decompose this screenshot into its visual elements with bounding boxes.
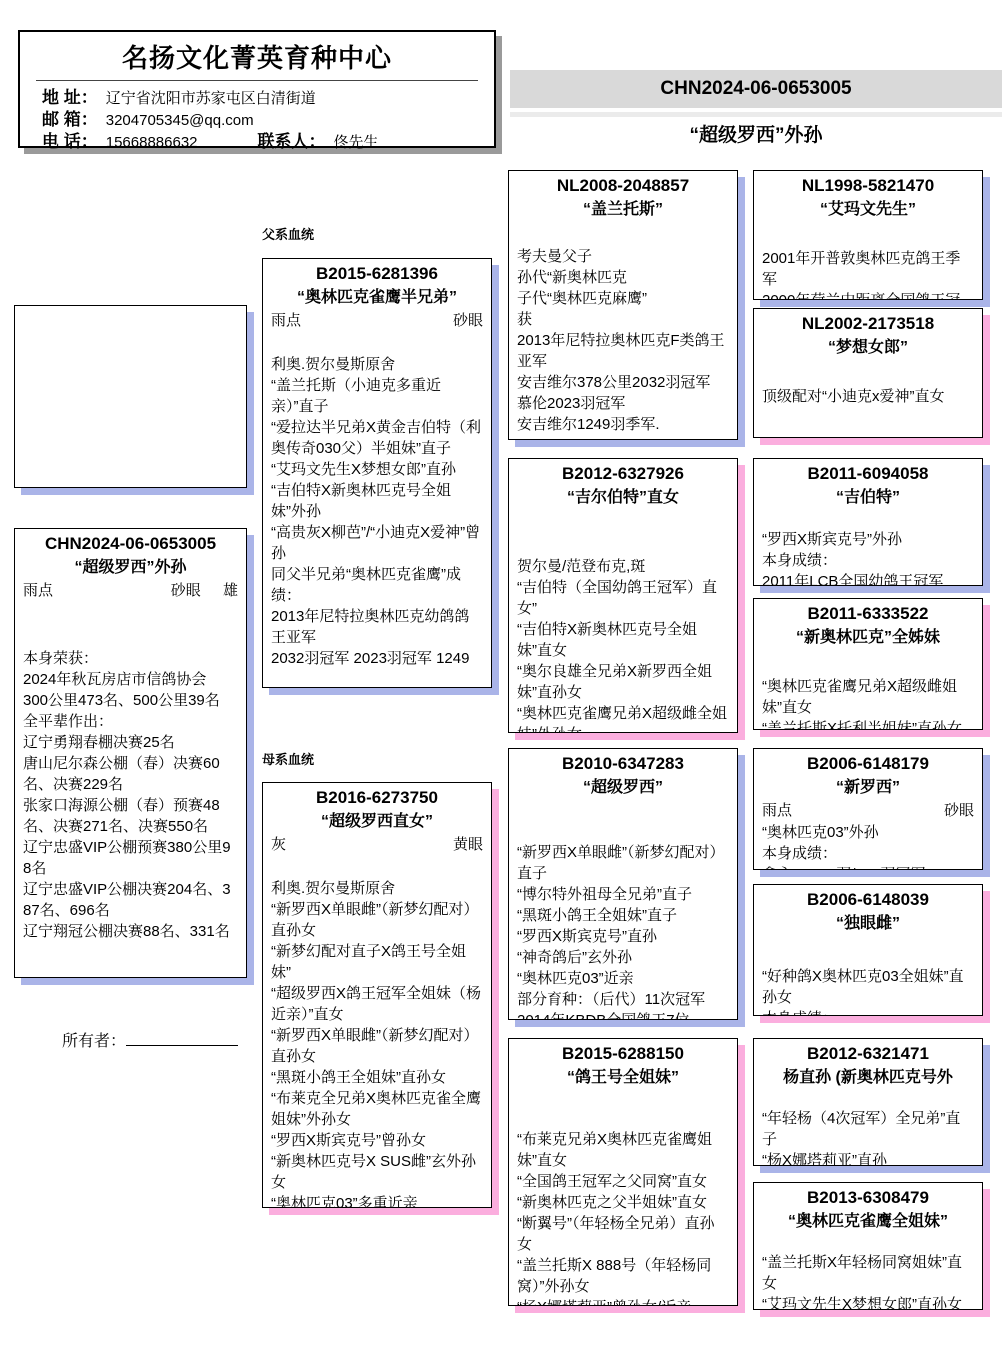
pedigree-line: “奥林匹克雀鹰兄弟X超级雌姐妹”直女 xyxy=(762,676,974,718)
pedigree-line: “布莱克全兄弟X奥林匹克雀全鹰姐妹”外孙女 xyxy=(271,1088,483,1130)
pedigree-line: “艾玛文先生X梦想女郎”直孙女 xyxy=(762,1294,974,1310)
pedigree-line: “断翼号”（年轻杨全兄弟）直孙女 xyxy=(517,1213,729,1255)
header-divider xyxy=(36,80,478,81)
bird-name: “吉尔伯特”直女 xyxy=(517,486,729,510)
email-row: 邮 箱： 3204705345@qq.com xyxy=(34,109,480,131)
bird-name: “奥林匹克雀鹰全姐妹” xyxy=(762,1210,974,1234)
bird-name: “梦想女郎” xyxy=(762,336,974,360)
address-row: 地 址： 辽宁省沈阳市苏家屯区白清街道 xyxy=(34,87,480,109)
pedigree-line: “新罗西X单眼雌”（新梦幻配对）直子 xyxy=(517,842,729,884)
ring-number: CHN2024-06-0653005 xyxy=(23,532,238,556)
pedigree-lines: “年轻杨（4次冠军）全兄弟”直子“杨X娜塔莉亚”直孙 xyxy=(762,1108,974,1166)
pedigree-line: 孙代“新奥林匹克 xyxy=(517,267,729,288)
ring-number: NL1998-5821470 xyxy=(762,174,974,198)
ring-number: NL2002-2173518 xyxy=(762,312,974,336)
pedigree-line: “新奥林匹克号X SUS雌”玄外孙女 xyxy=(271,1151,483,1193)
pedigree-line: 子代“奥林匹克麻鹰” xyxy=(517,288,729,309)
pedigree-line: 考夫曼父子 xyxy=(517,246,729,267)
pedigree-line: “盖兰托斯X托利半姐妹”直孙女 xyxy=(762,718,974,730)
pedigree-line: 同父半兄弟“奥林匹克雀鹰”成绩： xyxy=(271,564,483,606)
pedigree-line: 利奥.贺尔曼斯原舍 xyxy=(271,354,483,375)
paternal-line-label: 父系血统 xyxy=(262,224,314,243)
pedigree-line: “新梦幻配对直子X鸽王号全姐妹” xyxy=(271,941,483,983)
feather-color: 雨点 xyxy=(271,310,301,332)
bird-name: “独眼雌” xyxy=(762,912,974,936)
pedigree-line: 利奥.贺尔曼斯原舍 xyxy=(271,878,483,899)
pedigree-lines: “奥林匹克03”外孙本身成绩：拿永： 838羽/779羽冠军 509 xyxy=(762,822,974,870)
ring-number: B2013-6308479 xyxy=(762,1186,974,1210)
pedigree-line: “罗西X斯宾克号”直孙 xyxy=(517,926,729,947)
pedigree-line: 2014年KBDB全国鸽王7位 xyxy=(517,1010,729,1020)
contact-label: 联系人： xyxy=(258,131,326,152)
eye-color: 砂眼 xyxy=(453,310,483,332)
ring-number: B2006-6148039 xyxy=(762,888,974,912)
pedigree-line: “神奇鸽后”玄外孙 xyxy=(517,947,729,968)
eye-color: 砂眼 xyxy=(171,582,201,599)
pedigree-line: “全国鸽王冠军之父同窝”直女 xyxy=(517,1171,729,1192)
eye-color: 砂眼 xyxy=(944,800,974,822)
pedigree-lines: “布莱克兄弟X奥林匹克雀鹰姐妹”直女“全国鸽王冠军之父同窝”直女“新奥林匹克之父… xyxy=(517,1129,729,1306)
ring-number: B2016-6273750 xyxy=(271,786,483,810)
great-granddam-4-box: B2013-6308479 “奥林匹克雀鹰全姐妹” “盖兰托斯X年轻杨同窝姐妹”… xyxy=(753,1182,983,1310)
pedigree-line: “布莱克兄弟X奥林匹克雀鹰姐妹”直女 xyxy=(517,1129,729,1171)
pedigree-line: “高贵灰X柳芭”/“小迪克X爱神”曾孙 xyxy=(271,522,483,564)
pedigree-line: 辽宁忠盛VIP公棚决赛204名、387名、696名 xyxy=(23,879,238,921)
pedigree-lines: 2001年开普敦奥林匹克鸽王季军2000年荷兰中距离全国鸽王冠 xyxy=(762,248,974,300)
phone-row: 电 话： 15668886632 联系人： 佟先生 xyxy=(34,131,480,153)
color-eye-row: 灰 黄眼 xyxy=(271,834,483,856)
ring-number: B2012-6327926 xyxy=(517,462,729,486)
ring-number: B2012-6321471 xyxy=(762,1042,974,1066)
pedigree-line: 慕伦2023羽冠军 xyxy=(517,393,729,414)
feather-color: 雨点 xyxy=(762,800,792,822)
pedigree-line: “年轻杨（4次冠军）全兄弟”直子 xyxy=(762,1108,974,1150)
bird-name: “吉伯特” xyxy=(762,486,974,510)
pedigree-line: “奥林匹克03”多重近亲 xyxy=(271,1193,483,1208)
ring-number: B2006-6148179 xyxy=(762,752,974,776)
grandmother-maternal-box: B2015-6288150 “鸽王号全姐妹” “布莱克兄弟X奥林匹克雀鹰姐妹”直… xyxy=(508,1038,738,1306)
ring-number: B2015-6288150 xyxy=(517,1042,729,1066)
sex: 雄 xyxy=(223,582,238,599)
pedigree-line: “博尔特外祖母全兄弟”直子 xyxy=(517,884,729,905)
pedigree-line: “黑斑小鸽王全姐妹”直子 xyxy=(517,905,729,926)
pedigree-line: 获 xyxy=(517,309,729,330)
grandmother-paternal-box: B2012-6327926 “吉尔伯特”直女 贺尔曼/范登布克,斑“吉伯特（全国… xyxy=(508,458,738,733)
pedigree-lines: “盖兰托斯X年轻杨同窝姐妹”直女“艾玛文先生X梦想女郎”直孙女 xyxy=(762,1252,974,1310)
photo-placeholder xyxy=(14,305,247,488)
ring-number-bar: CHN2024-06-0653005 xyxy=(510,70,1002,108)
pedigree-lines: 利奥.贺尔曼斯原舍“盖兰托斯（小迪克多重近亲）”直子“爱拉达半兄弟X黄金吉伯特（… xyxy=(271,354,483,669)
pedigree-line: 本身成绩： xyxy=(762,550,974,571)
pedigree-line: 安吉维尔1249羽季军. xyxy=(517,414,729,435)
pedigree-line: “奥林匹克03”近亲 xyxy=(517,968,729,989)
pedigree-line: 2011年LCB全国幼鸽王冠军 xyxy=(762,571,974,586)
subject-bird-box: CHN2024-06-0653005 “超级罗西”外孙 雨点 砂眼 雄 本身荣获… xyxy=(14,528,247,978)
phone-value: 15668886632 xyxy=(106,132,198,153)
email-value: 3204705345@qq.com xyxy=(106,110,254,131)
loft-title: 名扬文化菁英育种中心 xyxy=(34,38,480,75)
pedigree-line: “超级罗西X鸽王冠军全姐妹（杨近亲）”直女 xyxy=(271,983,483,1025)
contact-value: 佟先生 xyxy=(334,132,379,153)
loft-header-card: 名扬文化菁英育种中心 地 址： 辽宁省沈阳市苏家屯区白清街道 邮 箱： 3204… xyxy=(18,30,496,148)
mother-box: B2016-6273750 “超级罗西直女” 灰 黄眼 利奥.贺尔曼斯原舍“新罗… xyxy=(262,782,492,1208)
pedigree-lines: “奥林匹克雀鹰兄弟X超级雌姐妹”直女“盖兰托斯X托利半姐妹”直孙女 xyxy=(762,676,974,730)
pedigree-lines: 贺尔曼/范登布克,斑“吉伯特（全国幼鸽王冠军）直女”“吉伯特X新奥林匹克号全姐妹… xyxy=(517,556,729,733)
great-grandsire-1-box: NL1998-5821470 “艾玛文先生” 2001年开普敦奥林匹克鸽王季军2… xyxy=(753,170,983,300)
bird-name: “鸽王号全姐妹” xyxy=(517,1066,729,1090)
eye-sex-group: 砂眼 雄 xyxy=(153,580,238,602)
bird-name: “新罗西” xyxy=(762,776,974,800)
pedigree-line: “罗西X斯宾克号”曾孙女 xyxy=(271,1130,483,1151)
pedigree-lines: “罗西X斯宾克号”外孙本身成绩：2011年LCB全国幼鸽王冠军 xyxy=(762,529,974,586)
bird-name: “新奥林匹克”全姊妹 xyxy=(762,626,974,650)
pedigree-line: “罗西X斯宾克号”外孙 xyxy=(762,529,974,550)
ring-number: B2011-6333522 xyxy=(762,602,974,626)
pedigree-line: “新罗西X单眼雌”（新梦幻配对）直孙女 xyxy=(271,1025,483,1067)
email-label: 邮 箱： xyxy=(42,109,98,130)
pedigree-line: “盖兰托斯（小迪克多重近亲）”直子 xyxy=(271,375,483,417)
maternal-line-label: 母系血统 xyxy=(262,749,314,768)
grandfather-paternal-box: NL2008-2048857 “盖兰托斯” 考夫曼父子孙代“新奥林匹克子代“奥林… xyxy=(508,170,738,440)
pedigree-line: “吉伯特X新奥林匹克号全姐妹”外孙 xyxy=(271,480,483,522)
owner-blank-line xyxy=(126,1032,238,1046)
pedigree-line: “新罗西X单眼雌”（新梦幻配对）直孙女 xyxy=(271,899,483,941)
great-granddam-2-box: B2011-6333522 “新奥林匹克”全姊妹 “奥林匹克雀鹰兄弟X超级雌姐妹… xyxy=(753,598,983,730)
bird-name: “奥林匹克雀鹰半兄弟” xyxy=(271,286,483,310)
ring-number: B2010-6347283 xyxy=(517,752,729,776)
pedigree-lines: “新罗西X单眼雌”（新梦幻配对）直子“博尔特外祖母全兄弟”直子“黑斑小鸽王全姐妹… xyxy=(517,842,729,1020)
owner-row: 所有者： xyxy=(62,1028,238,1051)
grandfather-maternal-box: B2010-6347283 “超级罗西” “新罗西X单眼雌”（新梦幻配对）直子“… xyxy=(508,748,738,1020)
pedigree-line: “好种鸽X奥林匹克03全姐妹”直孙女 xyxy=(762,966,974,1008)
pedigree-line: 2013年尼特拉奥林匹克幼鸽鸽王亚军 xyxy=(271,606,483,648)
bar-underline-strip xyxy=(510,112,1002,117)
bird-name: “盖兰托斯” xyxy=(517,198,729,222)
pedigree-lines: 顶级配对“小迪克x爱神”直女 xyxy=(762,386,974,407)
pedigree-lines: 考夫曼父子孙代“新奥林匹克子代“奥林匹克麻鹰”获2013年尼特拉奥林匹克F类鸽王… xyxy=(517,246,729,435)
pedigree-line: 全平辈作出： xyxy=(23,711,238,732)
pedigree-line: 安吉维尔378公里2032羽冠军 xyxy=(517,372,729,393)
pedigree-line: 部分育种：（后代）11次冠军 xyxy=(517,989,729,1010)
pedigree-line: “吉伯特X新奥林匹克号全姐妹”直女 xyxy=(517,619,729,661)
father-box: B2015-6281396 “奥林匹克雀鹰半兄弟” 雨点 砂眼 利奥.贺尔曼斯原… xyxy=(262,258,492,688)
ring-number: NL2008-2048857 xyxy=(517,174,729,198)
bird-name: 杨直孙 (新奥林匹克号外 xyxy=(762,1066,974,1090)
pedigree-line: 2000年荷兰中距离全国鸽王冠 xyxy=(762,290,974,300)
pedigree-line: “艾玛文先生X梦想女郎”直孙 xyxy=(271,459,483,480)
pedigree-line: “盖兰托斯X 888号（年轻杨同窝）”外孙女 xyxy=(517,1255,729,1297)
pedigree-lines: 利奥.贺尔曼斯原舍“新罗西X单眼雌”（新梦幻配对）直孙女“新梦幻配对直子X鸽王号… xyxy=(271,878,483,1208)
great-grandsire-2-box: B2011-6094058 “吉伯特” “罗西X斯宾克号”外孙本身成绩：2011… xyxy=(753,458,983,586)
bird-name: “超级罗西” xyxy=(517,776,729,800)
pedigree-line: “黑斑小鸽王全姐妹”直孙女 xyxy=(271,1067,483,1088)
color-eye-row: 雨点 砂眼 xyxy=(762,800,974,822)
pedigree-line: 本身成绩： xyxy=(762,1008,974,1016)
great-granddam-3-box: B2006-6148039 “独眼雌” “好种鸽X奥林匹克03全姐妹”直孙女本身… xyxy=(753,884,983,1016)
pedigree-line: 辽宁翔冠公棚决赛88名、331名 xyxy=(23,921,238,942)
pedigree-line: 2024年秋瓦房店市信鸽协会 xyxy=(23,669,238,690)
pedigree-line: “吉伯特（全国幼鸽王冠军）直女” xyxy=(517,577,729,619)
pedigree-line: 2032羽冠军 2023羽冠军 1249 xyxy=(271,648,483,669)
phone-label: 电 话： xyxy=(42,131,98,152)
pedigree-line: “杨X娜塔莉亚”直孙 xyxy=(762,1150,974,1166)
color-eye-row: 雨点 砂眼 雄 xyxy=(23,580,238,602)
pedigree-line: “新奥林匹克之父半姐妹”直女 xyxy=(517,1192,729,1213)
bird-main-name: “超级罗西”外孙 xyxy=(510,120,1002,147)
pedigree-line: 唐山尼尔森公棚（春）决赛60名、决赛229名 xyxy=(23,753,238,795)
pedigree-line: 顶级配对“小迪克x爱神”直女 xyxy=(762,386,974,407)
pedigree-line: “奥林匹克雀鹰兄弟X超级雌全姐妹”外孙女 xyxy=(517,703,729,733)
pedigree-line: 张家口海源公棚（春）预赛48名、决赛271名、决赛550名 xyxy=(23,795,238,837)
pedigree-line: 辽宁勇翔春棚决赛25名 xyxy=(23,732,238,753)
great-grandsire-3-box: B2006-6148179 “新罗西” 雨点 砂眼 “奥林匹克03”外孙本身成绩… xyxy=(753,748,983,870)
great-grandsire-4-box: B2012-6321471 杨直孙 (新奥林匹克号外 “年轻杨（4次冠军）全兄弟… xyxy=(753,1038,983,1166)
address-label: 地 址： xyxy=(42,87,98,108)
pedigree-line: “爱拉达半兄弟X黄金吉伯特（利奥传奇030父）半姐妹”直子 xyxy=(271,417,483,459)
pedigree-line: 本身荣获： xyxy=(23,648,238,669)
color-eye-row: 雨点 砂眼 xyxy=(271,310,483,332)
feather-color: 灰 xyxy=(271,834,286,856)
ring-number: B2011-6094058 xyxy=(762,462,974,486)
address-value: 辽宁省沈阳市苏家屯区白清街道 xyxy=(106,88,316,109)
bird-name: “超级罗西直女” xyxy=(271,810,483,834)
pedigree-lines: 本身荣获：2024年秋瓦房店市信鸽协会300公里473名、500公里39名全平辈… xyxy=(23,648,238,942)
pedigree-line: 拿永： 838羽/779羽冠军 509 xyxy=(762,864,974,870)
bird-name: “艾玛文先生” xyxy=(762,198,974,222)
eye-color: 黄眼 xyxy=(453,834,483,856)
pedigree-line: 辽宁忠盛VIP公棚预赛380公里98名 xyxy=(23,837,238,879)
pedigree-line: 贺尔曼/范登布克,斑 xyxy=(517,556,729,577)
pedigree-line: “盖兰托斯X年轻杨同窝姐妹”直女 xyxy=(762,1252,974,1294)
pedigree-line: 2013年尼特拉奥林匹克F类鸽王亚军 xyxy=(517,330,729,372)
bird-name: “超级罗西”外孙 xyxy=(23,556,238,580)
pedigree-line: 2001年开普敦奥林匹克鸽王季军 xyxy=(762,248,974,290)
pedigree-line: 本身成绩： xyxy=(762,843,974,864)
pedigree-line: “奥尔良雄全兄弟X新罗西全姐妹”直孙女 xyxy=(517,661,729,703)
great-granddam-1-box: NL2002-2173518 “梦想女郎” 顶级配对“小迪克x爱神”直女 xyxy=(753,308,983,438)
owner-label: 所有者： xyxy=(62,1033,126,1050)
pedigree-line: “杨X娜塔莉亚”曾孙女/近亲 xyxy=(517,1297,729,1306)
pedigree-lines: “好种鸽X奥林匹克03全姐妹”直孙女本身成绩： xyxy=(762,966,974,1016)
pedigree-line: “奥林匹克03”外孙 xyxy=(762,822,974,843)
pedigree-line: 300公里473名、500公里39名 xyxy=(23,690,238,711)
feather-color: 雨点 xyxy=(23,580,53,602)
ring-number: B2015-6281396 xyxy=(271,262,483,286)
